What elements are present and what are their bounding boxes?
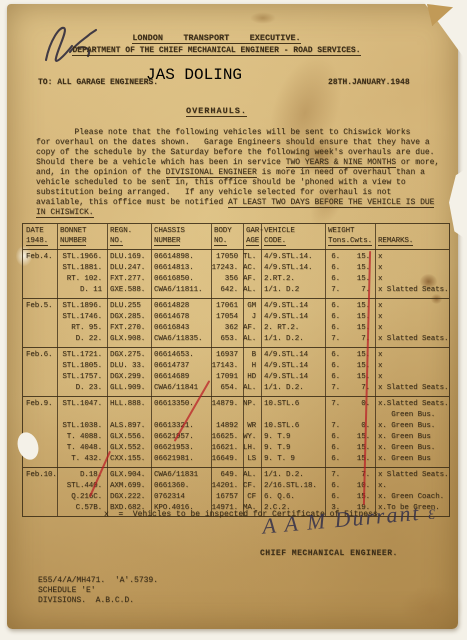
cell-weight-cwts: 15. [345,252,375,263]
cell-registration: DLU.255 [107,301,151,312]
table-row: D. 11GXE.588.CWA6/11811.642.AL.1/1. D.27… [23,285,449,296]
cell-body-number: 17143. [211,361,243,372]
cell-registration: GLX.552. [107,443,151,454]
cell-body-number: 653. [211,334,243,345]
cell-weight-cwts: 15. [345,361,375,372]
cell-date: Feb.9. [23,399,57,410]
cell-weight-tons: 7. [325,334,345,345]
header-sub-7: Tons.Cwts. [325,236,375,246]
cell-chassis-number: 06614689 [151,372,211,383]
table-column-rule [107,224,108,516]
cell-chassis-number: 06613321. [151,421,211,432]
cell-vehicle-code: 4/9.STL.14 [261,372,325,383]
cell-garage: NP. [243,399,261,410]
cell-registration: AXM.699. [107,481,151,492]
cell-bonnet-number: D.18. [57,470,107,481]
header-sub-4-label: NO. [214,237,227,246]
cell-remarks: Green Bus. [375,410,449,421]
cell-body-number: 17050 [211,252,243,263]
cell-vehicle-code: 9. T. 9 [261,454,325,465]
cell-weight-cwts: 0. [345,421,375,432]
cell-vehicle-code: 2/16.STL.18. [261,481,325,492]
cell-remarks: x. Green Bus. [375,421,449,432]
cell-weight-cwts: 15. [345,312,375,323]
cell-vehicle-code: 1/1. D.2. [261,470,325,481]
cell-registration: DGX.285. [107,312,151,323]
cell-chassis-number: 06614678 [151,312,211,323]
cell-date: Feb.4. [23,252,57,263]
cell-registration: DLU. 33. [107,361,151,372]
table-row: D. 22.GLX.908.CWA6/11835.653.AL.1/1. D.2… [23,334,449,345]
cell-registration: DGX.299. [107,372,151,383]
header-sub-3-label: NUMBER [154,237,180,246]
cell-chassis-number: 0762314 [151,492,211,503]
cell-bonnet-number: STL.1966. [57,252,107,263]
cell-vehicle-code: 4/9.STL.14 [261,312,325,323]
cell-body-number: 17061 [211,301,243,312]
table-column-rule [325,224,326,516]
header-main-2: REGN. [107,226,151,236]
cell-vehicle-code: 4/9.STL.14. [261,252,325,263]
cell-registration: GLX.556. [107,432,151,443]
cell-remarks: x [375,301,449,312]
signature-title: CHIEF MECHANICAL ENGINEER. [260,549,398,558]
cell-bonnet-number: T. 4048. [57,443,107,454]
table-column-rule [211,224,212,516]
table-row: Q.216C.DGX.222.076231416757CF6. Q.6.6.15… [23,492,449,503]
cell-garage: GM [243,301,261,312]
letterhead-line1: LONDON TRANSPORT EXECUTIVE. [0,33,433,43]
cell-weight-tons: 6. [325,443,345,454]
header-main-0: DATE [23,226,57,236]
cell-remarks: x.Slatted Seats. [375,399,449,410]
cell-remarks: x [375,274,449,285]
cell-garage: AL. [243,470,261,481]
cell-weight-tons: 7. [325,399,345,410]
signature-flourish: Ɛ [427,507,437,523]
cell-registration: GXE.588. [107,285,151,296]
cell-bonnet-number: T. 432. [57,454,107,465]
cell-bonnet-number: STL.1757. [57,372,107,383]
header-sub-2-label: NO. [110,237,123,246]
cell-weight-cwts: 15. [345,372,375,383]
cell-garage: AL. [243,334,261,345]
cell-registration: DGX.275. [107,350,151,361]
cell-weight-cwts: 15. [345,323,375,334]
cell-weight-tons: 6. [325,372,345,383]
cell-remarks: x [375,350,449,361]
cell-garage: AF. [243,274,261,285]
cell-bonnet-number: STL.1746. [57,312,107,323]
cell-vehicle-code: 10.STL.6 [261,399,325,410]
cell-weight-cwts: 7. [345,285,375,296]
cell-vehicle-code: 4/9.STL.14 [261,361,325,372]
cell-bonnet-number: T. 4088. [57,432,107,443]
cell-weight-tons: 7. [325,285,345,296]
cell-body-number: 356 [211,274,243,285]
table-row: Feb.4.STL.1966.DLU.169.06614898.17050TL.… [23,252,449,263]
body-paragraph: Please note that the following vehicles … [36,128,446,218]
cell-weight-tons: 6. [325,492,345,503]
cell-vehicle-code: 2.RT.2. [261,274,325,285]
cell-weight-tons: 6. [325,301,345,312]
cell-weight-tons: 6. [325,481,345,492]
cell-weight-tons: 6. [325,432,345,443]
cell-chassis-number: 06613350. [151,399,211,410]
received-stamp: JAS DOLING [146,66,242,84]
cell-vehicle-code: 10.STL.6 [261,421,325,432]
table-column-rule [261,224,262,516]
cell-vehicle-code: 9. T.9 [261,432,325,443]
cell-chassis-number: CWA6/11831 [151,470,211,481]
cell-remarks: x [375,361,449,372]
cell-vehicle-code: 1/1. D.2. [261,334,325,345]
cell-weight-tons: 6. [325,252,345,263]
header-sub-6: CODE. [261,236,325,246]
cell-bonnet-number: STL.1038. [57,421,107,432]
cell-remarks: x. Green Bus. [375,443,449,454]
cell-remarks: x. Green Bus [375,432,449,443]
cell-vehicle-code: 4/9.STL.14. [261,263,325,274]
header-main-4: BODY [211,226,243,236]
table-row: Feb.6.STL.1721.DGX.275.06614653.16937B4/… [23,350,449,361]
cell-chassis-number: 06621957. [151,432,211,443]
cell-bonnet-number: STL.1047. [57,399,107,410]
cell-remarks: x [375,263,449,274]
cell-body-number: 362 [211,323,243,334]
cell-body-number: 16621. [211,443,243,454]
table-row: D. 23.GLL.909.CWA6/11841654.AL.1/1. D.2.… [23,383,449,394]
header-main-1: BONNET [57,226,107,236]
cell-weight-cwts: 15. [345,301,375,312]
table-column-rule [57,224,58,516]
table-row: STL.1038.ALS.897.06613321.14892WR10.STL.… [23,421,449,432]
cell-garage: WY. [243,432,261,443]
table-row: STL.440.AXM.699.0661360.14201.CF.2/16.ST… [23,481,449,492]
cell-vehicle-code: 4/9.STL.14 [261,301,325,312]
cell-weight-cwts: 15. [345,274,375,285]
table-row: Green Bus. [23,410,449,421]
cell-vehicle-code: 6. Q.6. [261,492,325,503]
table-row: STL.1757.DGX.299.0661468917091HD4/9.STL.… [23,372,449,383]
header-sub-0: 1948. [23,236,57,246]
header-sub-5-label: AGE [246,237,259,246]
header-sub-7-label: Tons.Cwts. [328,237,372,246]
header-main-3: CHASSIS [151,226,211,236]
cell-chassis-number: CWA6/11811. [151,285,211,296]
paragraph-underlined-phrase: TWO YEARS & NINE MONTHS [286,158,396,168]
cell-remarks: x Slatted Seats. [375,383,449,394]
table-row: RT. 95.FXT.270.06616843362AF.2. RT.2.6.1… [23,323,449,334]
header-sub-5: AGE [243,236,261,246]
cell-bonnet-number: D. 23. [57,383,107,394]
cell-body-number: 642. [211,285,243,296]
cell-registration: DGX.222. [107,492,151,503]
header-sub-1-label: NUMBER [60,237,86,246]
document-title-text: OVERHAULS. [186,106,247,117]
cell-body-number: 14879. [211,399,243,410]
cell-weight-tons: 7. [325,470,345,481]
cell-registration: ALS.897. [107,421,151,432]
cell-weight-cwts: 15. [345,263,375,274]
table-row: STL.1805.DLU. 33.0661473717143.H4/9.STL.… [23,361,449,372]
cell-body-number: 16937 [211,350,243,361]
cell-garage: LH. [243,443,261,454]
header-sub-3: NUMBER [151,236,211,246]
schedule-group-feb5: Feb.5.STL.1896.DLU.2550661482817061GM4/9… [23,298,449,347]
cell-garage: AC. [243,263,261,274]
cell-garage: CF [243,492,261,503]
cell-remarks: x Slatted Seats. [375,470,449,481]
cell-weight-tons: 6. [325,312,345,323]
cell-garage: TL. [243,252,261,263]
header-sub-0-label: 1948. [26,237,48,246]
schedule-group-feb4: Feb.4.STL.1966.DLU.169.06614898.17050TL.… [23,249,449,298]
overhaul-schedule-table: DATEBONNETREGN.CHASSISBODYGAR-VEHICLEWEI… [22,223,450,517]
cell-weight-cwts: 10. [345,481,375,492]
header-main-7: WEIGHT [325,226,375,236]
table-row: STL.1881.DLU.247.06614813.17243.AC.4/9.S… [23,263,449,274]
cell-chassis-number: 06614737 [151,361,211,372]
header-sub-6-label: CODE. [264,237,286,246]
table-row: Feb.5.STL.1896.DLU.2550661482817061GM4/9… [23,301,449,312]
addressee-line: TO: ALL GARAGE ENGINEERS. [38,78,158,87]
cell-chassis-number: 06616843 [151,323,211,334]
cell-registration: DLU.247. [107,263,151,274]
table-row: Feb.9.STL.1047.HLL.888.06613350.14879.NP… [23,399,449,410]
cell-vehicle-code: 9. T.9 [261,443,325,454]
cell-remarks: x. Green Bus [375,454,449,465]
cell-date: Feb.5. [23,301,57,312]
cell-remarks: x [375,323,449,334]
cell-body-number: 17243. [211,263,243,274]
cell-garage: AL. [243,383,261,394]
cell-chassis-number: CWA6/11835. [151,334,211,345]
table-header-row: DATEBONNETREGN.CHASSISBODYGAR-VEHICLEWEI… [23,226,449,236]
cell-chassis-number: 06614653. [151,350,211,361]
cell-body-number: 649. [211,470,243,481]
cell-garage: CF. [243,481,261,492]
cell-bonnet-number: RT. 95. [57,323,107,334]
cell-date: Feb.10. [23,470,57,481]
table-row: RT. 102.FXT.277.06616850.356AF.2.RT.2.6.… [23,274,449,285]
cell-registration: FXT.277. [107,274,151,285]
cell-bonnet-number: STL.1896. [57,301,107,312]
table-header: DATEBONNETREGN.CHASSISBODYGAR-VEHICLEWEI… [23,224,449,249]
cell-body-number: 16625. [211,432,243,443]
cell-bonnet-number: STL.440. [57,481,107,492]
table-row: T. 4048.GLX.552.06621953.16621.LH.9. T.9… [23,443,449,454]
cell-body-number: 16757 [211,492,243,503]
cell-vehicle-code: 1/1. D.2. [261,383,325,394]
cell-registration: CXX.155. [107,454,151,465]
reference-divisions: DIVISIONS. A.B.C.D. [38,596,134,605]
cell-body-number: 17091 [211,372,243,383]
cell-weight-tons: 6. [325,323,345,334]
cell-registration: GLX.908. [107,334,151,345]
table-header-row: 1948.NUMBERNO.NUMBERNO.AGECODE.Tons.Cwts… [23,236,449,246]
table-row: T. 4088.GLX.556.06621957.16625.WY.9. T.9… [23,432,449,443]
cell-chassis-number: 06621981. [151,454,211,465]
document-date: 28TH.JANUARY.1948 [328,78,410,87]
cell-weight-cwts: 15. [345,443,375,454]
cell-chassis-number: 0661360. [151,481,211,492]
cell-registration: DLU.169. [107,252,151,263]
cell-date: Feb.6. [23,350,57,361]
cell-garage: H [243,361,261,372]
cell-body-number: 16649. [211,454,243,465]
cell-garage: HD [243,372,261,383]
cell-bonnet-number: D. 22. [57,334,107,345]
cell-bonnet-number: STL.1721. [57,350,107,361]
scanned-document: LONDON TRANSPORT EXECUTIVE. DEPARTMENT O… [0,0,467,640]
table-column-rule [243,224,244,516]
cell-remarks: x Slatted Seats. [375,334,449,345]
cell-remarks: x Slatted Seats. [375,285,449,296]
cell-body-number: 14201. [211,481,243,492]
cell-weight-tons: 7. [325,383,345,394]
header-main-5: GAR- [243,226,261,236]
cell-weight-tons: 7. [325,421,345,432]
cell-weight-cwts: 0. [345,399,375,410]
table-row: Feb.10.D.18.GLX.904.CWA6/11831649.AL.1/1… [23,470,449,481]
cell-bonnet-number: STL.1881. [57,263,107,274]
header-main-6: VEHICLE [261,226,325,236]
cell-bonnet-number: RT. 102. [57,274,107,285]
cell-weight-cwts: 15. [345,492,375,503]
cell-chassis-number: 06614828 [151,301,211,312]
letterhead-line2-text: DEPARTMENT OF THE CHIEF MECHANICAL ENGIN… [72,46,360,56]
reference-schedule: SCHEDULE 'E' [38,586,96,595]
header-sub-2: NO. [107,236,151,246]
cell-weight-tons: 6. [325,274,345,285]
cell-chassis-number: 06621953. [151,443,211,454]
cell-body-number: 17054 [211,312,243,323]
cell-bonnet-number: STL.1805. [57,361,107,372]
cell-remarks: x [375,372,449,383]
schedule-group-feb6: Feb.6.STL.1721.DGX.275.06614653.16937B4/… [23,347,449,396]
cell-registration: FXT.270. [107,323,151,334]
cell-weight-cwts: 15. [345,454,375,465]
cell-chassis-number: 06616850. [151,274,211,285]
cell-bonnet-number: C.57B. [57,503,107,514]
table-column-rule [375,224,376,516]
cell-garage: WR [243,421,261,432]
cell-garage: J [243,312,261,323]
document-title: OVERHAULS. [0,106,433,116]
header-sub-1: NUMBER [57,236,107,246]
cell-body-number: 14892 [211,421,243,432]
cell-weight-cwts: 7. [345,334,375,345]
cell-body-number: 654. [211,383,243,394]
letterhead-line2: DEPARTMENT OF THE CHIEF MECHANICAL ENGIN… [0,46,433,55]
reference-number: E55/4/A/MH471. 'A'.5739. [38,576,158,585]
cell-vehicle-code: 1/1. D.2 [261,285,325,296]
cell-weight-tons: 6. [325,454,345,465]
cell-weight-cwts: 15. [345,432,375,443]
table-row: STL.1746.DGX.285.0661467817054J4/9.STL.1… [23,312,449,323]
cell-bonnet-number: D. 11 [57,285,107,296]
cell-weight-cwts: 15. [345,350,375,361]
header-sub-8: REMARKS. [375,236,449,246]
cell-garage: LS [243,454,261,465]
cell-remarks: x [375,312,449,323]
cell-registration: HLL.888. [107,399,151,410]
cell-registration: GLL.909. [107,383,151,394]
cell-garage: B [243,350,261,361]
letterhead-line1-text: LONDON TRANSPORT EXECUTIVE. [132,33,300,44]
cell-weight-tons: 6. [325,263,345,274]
header-sub-8-label: REMARKS. [378,237,413,246]
cell-garage: AF. [243,323,261,334]
cell-vehicle-code: 4/9.STL.14 [261,350,325,361]
cell-remarks: x. [375,481,449,492]
cell-weight-cwts: 7. [345,383,375,394]
cell-remarks: x [375,252,449,263]
cell-weight-cwts: 7. [345,470,375,481]
cell-bonnet-number: Q.216C. [57,492,107,503]
paragraph-underlined-phrase: DIVISIONAL ENGINEER [166,168,257,178]
cell-vehicle-code: 2. RT.2. [261,323,325,334]
cell-garage: AL. [243,285,261,296]
table-column-rule [151,224,152,516]
schedule-group-feb9: Feb.9.STL.1047.HLL.888.06613350.14879.NP… [23,396,449,467]
header-sub-4: NO. [211,236,243,246]
table-row: T. 432.CXX.155.06621981.16649.LS9. T. 96… [23,454,449,465]
cell-chassis-number: 06614813. [151,263,211,274]
cell-weight-tons: 6. [325,350,345,361]
cell-weight-tons: 6. [325,361,345,372]
cell-registration: GLX.904. [107,470,151,481]
cell-chassis-number: 06614898. [151,252,211,263]
cell-chassis-number: CWA6/11841 [151,383,211,394]
